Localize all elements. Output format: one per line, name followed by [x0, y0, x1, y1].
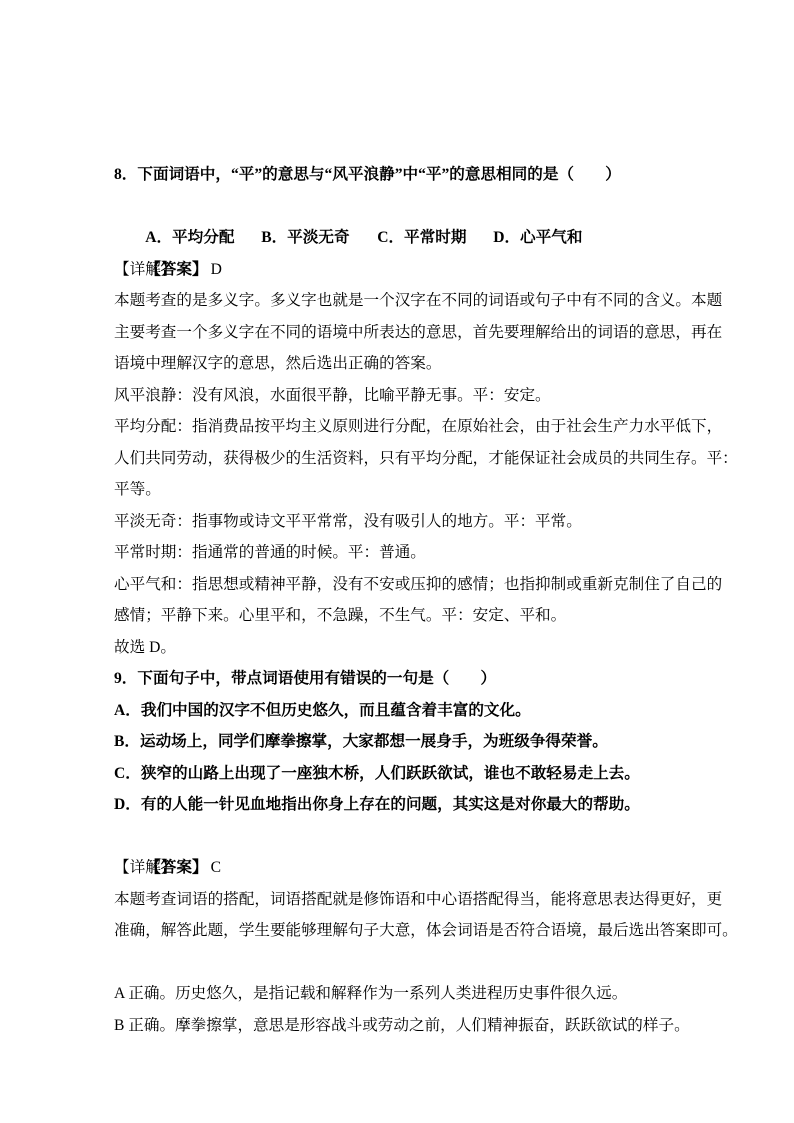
- question-8-stem: 8．下面词语中，“平”的意思与“风平浪静”中“平”的意思相同的是（ ）: [114, 159, 716, 191]
- question-8: 8．下面词语中，“平”的意思与“风平浪静”中“平”的意思相同的是（ ） A．平均…: [114, 159, 716, 663]
- question-9-option-a: A．我们中国的汉字不但历史悠久，而且蕴含着丰富的文化。: [114, 695, 716, 727]
- document-content: 8．下面词语中，“平”的意思与“风平浪静”中“平”的意思相同的是（ ） A．平均…: [114, 159, 716, 1041]
- explanation-line: 平常时期：指通常的普通的时候。平：普通。: [114, 537, 716, 569]
- explanation-line: 本题考查词语的搭配，词语搭配就是修饰语和中心语搭配得当，能将意思表达得更好，更: [114, 884, 716, 916]
- question-8-option-a: A．平均分配: [145, 222, 261, 254]
- question-8-option-c: C．平常时期: [377, 222, 493, 254]
- explanation-line: 风平浪静：没有风浪，水面很平静，比喻平静无事。平：安定。: [114, 380, 716, 412]
- answer-value: D: [211, 261, 222, 278]
- explanation-line: 平均分配：指消费品按平均主义原则进行分配，在原始社会，由于社会生产力水平低下，: [114, 411, 716, 443]
- explanation-line: 准确，解答此题，学生要能够理解句子大意，体会词语是否符合语境，最后选出答案即可。: [114, 915, 716, 947]
- blank-line: [114, 947, 716, 979]
- question-9-answer-line: 【答案】C: [114, 821, 716, 853]
- question-8-option-b: B．平淡无奇: [261, 222, 377, 254]
- question-8-option-d: D．心平气和: [493, 222, 582, 254]
- explanation-line: 本题考查的是多义字。多义字也就是一个汉字在不同的词语或句子中有不同的含义。本题: [114, 285, 716, 317]
- document-page: 8．下面词语中，“平”的意思与“风平浪静”中“平”的意思相同的是（ ） A．平均…: [0, 0, 794, 1123]
- analysis-line: B 正确。摩拳擦掌，意思是形容战斗或劳动之前，人们精神振奋，跃跃欲试的样子。: [114, 1010, 716, 1042]
- question-9-stem: 9．下面句子中，带点词语使用有错误的一句是（ ）: [114, 663, 716, 695]
- explanation-line: 人们共同劳动，获得极少的生活资料，只有平均分配，才能保证社会成员的共同生存。平：: [114, 443, 716, 475]
- question-9-option-c: C．狭窄的山路上出现了一座独木桥，人们跃跃欲试，谁也不敢轻易走上去。: [114, 758, 716, 790]
- explanation-line: 语境中理解汉字的意思，然后选出正确的答案。: [114, 348, 716, 380]
- explanation-line: 感情；平静下来。心里平和，不急躁，不生气。平：安定、平和。: [114, 600, 716, 632]
- answer-value: C: [211, 859, 221, 876]
- explanation-line: 平淡无奇：指事物或诗文平平常常，没有吸引人的地方。平：平常。: [114, 506, 716, 538]
- question-9: 9．下面句子中，带点词语使用有错误的一句是（ ） A．我们中国的汉字不但历史悠久…: [114, 663, 716, 1041]
- explanation-line: 主要考查一个多义字在不同的语境中所表达的意思，首先要理解给出的词语的意思，再在: [114, 317, 716, 349]
- analysis-line: A 正确。历史悠久，是指记载和解释作为一系列人类进程历史事件很久远。: [114, 978, 716, 1010]
- question-8-options-row: A．平均分配B．平淡无奇C．平常时期D．心平气和: [114, 191, 716, 223]
- question-9-option-d: D．有的人能一针见血地指出你身上存在的问题，其实这是对你最大的帮助。: [114, 789, 716, 821]
- explanation-line: 平等。: [114, 474, 716, 506]
- conclusion-line: 故选 D。: [114, 632, 716, 664]
- question-9-option-b: B．运动场上，同学们摩拳擦掌，大家都想一展身手，为班级争得荣誉。: [114, 726, 716, 758]
- explanation-line: 心平气和：指思想或精神平静，没有不安或压抑的感情；也指抑制或重新克制住了自己的: [114, 569, 716, 601]
